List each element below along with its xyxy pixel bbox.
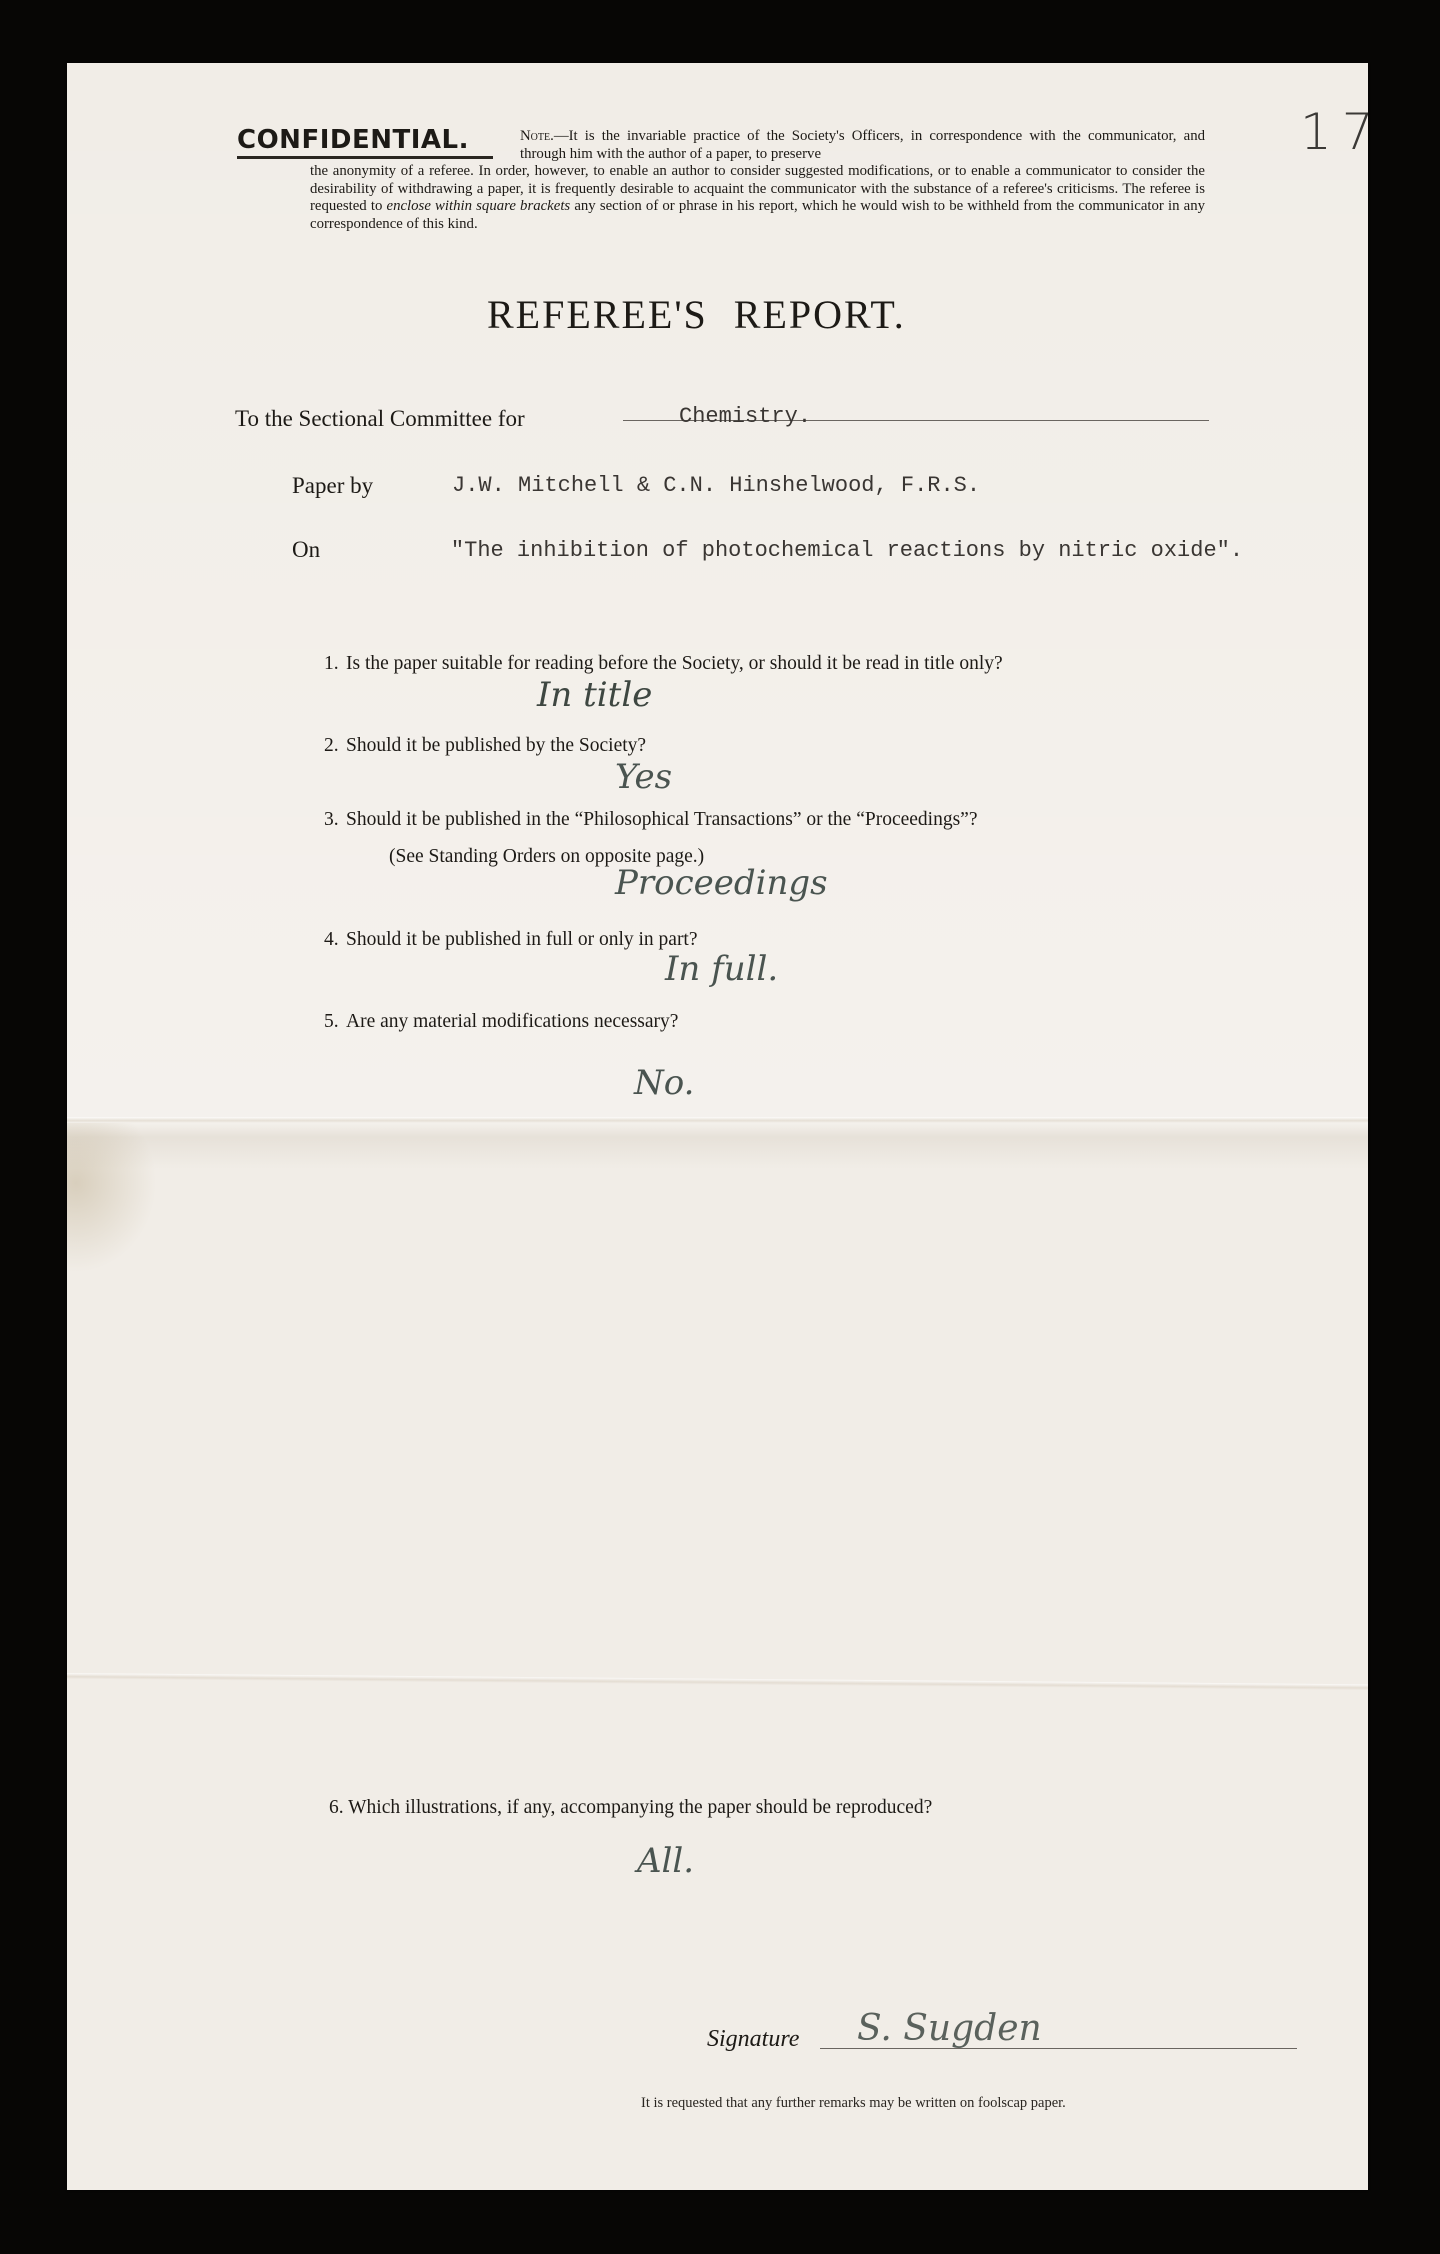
- question-6: 6. Which illustrations, if any, accompan…: [329, 1797, 932, 1819]
- answer-5: No.: [634, 1063, 694, 1103]
- handwritten-page-number: 17: [1300, 103, 1384, 161]
- answer-4: In full.: [665, 949, 778, 989]
- note-text-italic: enclose within square brackets: [387, 198, 571, 214]
- question-4: 4.Should it be published in full or only…: [324, 929, 698, 951]
- answer-1: In title: [537, 675, 652, 715]
- page-title: REFEREE'S REPORT.: [487, 291, 906, 338]
- answer-2: Yes: [615, 757, 672, 797]
- paper-by-label: Paper by: [292, 473, 373, 499]
- paper-title-label: On: [292, 537, 320, 563]
- question-5: 5.Are any material modifications necessa…: [324, 1011, 678, 1033]
- confidentiality-note: Note.—It is the invariable practice of t…: [310, 128, 1205, 234]
- committee-value: Chemistry.: [679, 404, 811, 429]
- referee-report-sheet: 17 CONFIDENTIAL. Note.—It is the invaria…: [67, 63, 1368, 2190]
- paper-title: "The inhibition of photochemical reactio…: [387, 537, 1307, 564]
- note-text-intro: —It is the invariable practice of the So…: [520, 128, 1205, 162]
- committee-label: To the Sectional Committee for: [235, 406, 525, 432]
- paper-authors: J.W. Mitchell & C.N. Hinshelwood, F.R.S.: [452, 473, 980, 498]
- question-3: 3.Should it be published in the “Philoso…: [324, 809, 977, 831]
- referee-signature: S. Sugden: [857, 2008, 1042, 2049]
- answer-3: Proceedings: [615, 863, 828, 903]
- question-1: 1.Is the paper suitable for reading befo…: [324, 653, 1003, 675]
- note-label: Note.: [520, 128, 554, 144]
- signature-label: Signature: [707, 2026, 799, 2053]
- footnote: It is requested that any further remarks…: [641, 2095, 1066, 2112]
- paper-stain: [67, 1123, 157, 1273]
- question-2: 2.Should it be published by the Society?: [324, 735, 646, 757]
- paper-fold: [67, 1673, 1368, 1690]
- paper-fold: [67, 1117, 1368, 1123]
- answer-6: All.: [637, 1841, 694, 1881]
